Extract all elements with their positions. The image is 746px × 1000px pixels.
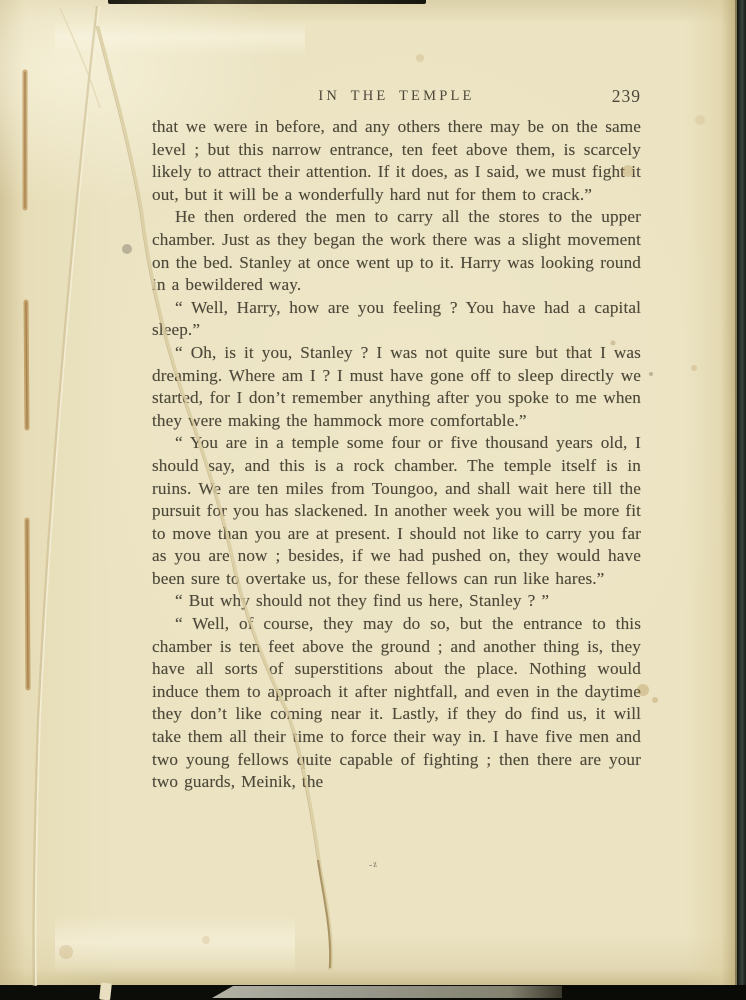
page-header: IN THE TEMPLE 239 bbox=[152, 86, 641, 108]
scan-light-streak bbox=[55, 915, 295, 975]
body-paragraph: “ Well, Harry, how are you feeling ? You… bbox=[152, 297, 641, 342]
book-edge-top bbox=[108, 0, 426, 4]
body-paragraph: “ But why should not they find us here, … bbox=[152, 590, 641, 613]
page-stack-edge bbox=[212, 986, 562, 998]
signature-mark: -z bbox=[368, 858, 378, 869]
body-paragraph: “ You are in a temple some four or five … bbox=[152, 432, 641, 590]
scan-light-streak bbox=[55, 22, 305, 56]
book-scan: IN THE TEMPLE 239 that we were in before… bbox=[0, 0, 746, 1000]
page-corner-edge bbox=[99, 982, 112, 1000]
book-edge-right bbox=[737, 0, 746, 1000]
running-header-title: IN THE TEMPLE bbox=[152, 88, 641, 105]
page-number: 239 bbox=[612, 86, 641, 107]
body-paragraph: “ Well, of course, they may do so, but t… bbox=[152, 613, 641, 794]
body-paragraph: “ Oh, is it you, Stanley ? I was not qui… bbox=[152, 342, 641, 432]
body-paragraph: He then ordered the men to carry all the… bbox=[152, 206, 641, 296]
body-paragraph: that we were in before, and any others t… bbox=[152, 116, 641, 206]
body-text: that we were in before, and any others t… bbox=[152, 116, 641, 794]
